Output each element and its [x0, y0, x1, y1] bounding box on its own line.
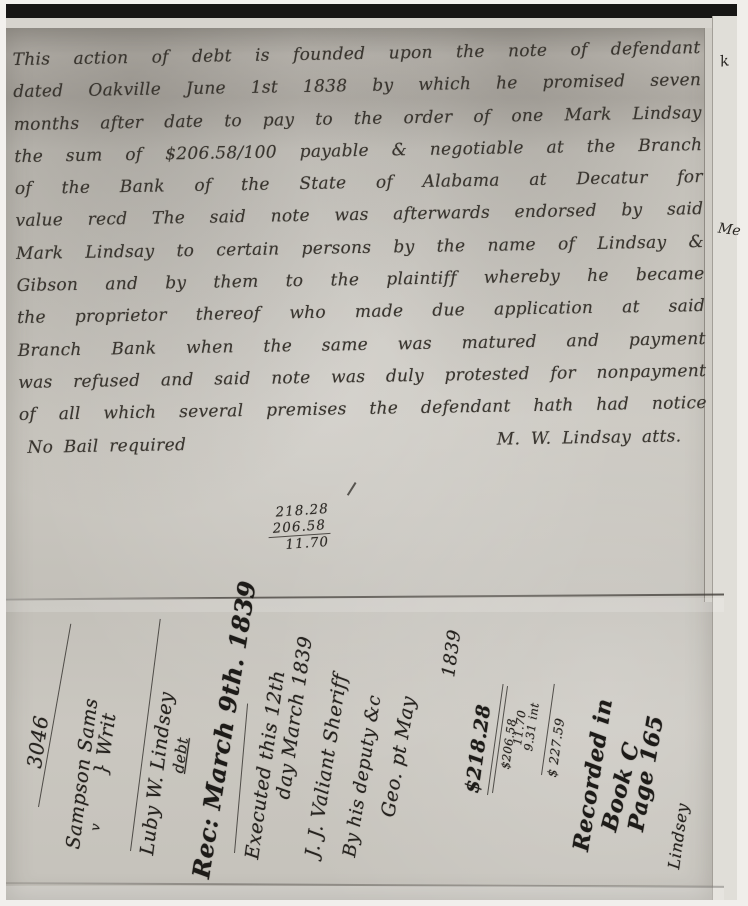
document-scan: This action of debt is founded upon the … [0, 0, 748, 906]
body-text: This action of debt is founded upon the … [12, 32, 707, 464]
attorney-signature: M. W. Lindsay atts. [497, 420, 682, 456]
underlying-page-edge [712, 16, 738, 902]
docket-by-deputy: By his deputy &c [339, 693, 385, 858]
docket-party-second: Luby W. Lindsey [136, 690, 178, 856]
docket-amount-total: $218.28 [461, 703, 495, 795]
docket-amount-interest: 9.31 int [521, 702, 542, 752]
scan-margin [737, 0, 748, 906]
fold-highlight [6, 886, 724, 901]
docket-deputy: Geo. pt May [377, 694, 420, 818]
docket-action-type: debt [169, 736, 192, 774]
docket-year: 1839 [438, 628, 465, 678]
docket-versus: v [88, 822, 104, 832]
no-bail-note: No Bail required [19, 429, 186, 464]
docket-attorney: Lindsey [664, 802, 692, 871]
scanner-black-bar [6, 4, 742, 18]
scan-margin [0, 900, 748, 906]
edge-mark: Me [717, 221, 742, 240]
docket-block: 3046 Sampson Sams v } Writ Luby W. Linds… [20, 603, 710, 903]
calculation-block: 218.28 206.58 11.70 [266, 501, 331, 554]
